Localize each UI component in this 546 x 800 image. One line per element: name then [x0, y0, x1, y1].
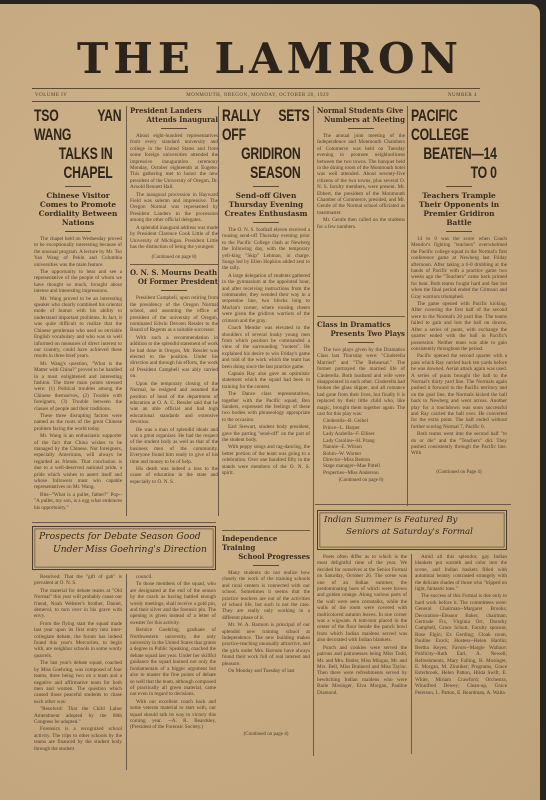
continued-note[interactable]: (Continued on page 4) — [222, 732, 310, 738]
cast-list: Cinderella--B. Geibel Prince--L. Harper … — [317, 418, 405, 476]
paragraph: The inaugural procession in Hayward Fiel… — [130, 192, 218, 224]
paragraph: The last year's debate squad, coached by… — [34, 660, 122, 705]
indian-summer-col-left: Poets often differ as to which is the mo… — [317, 554, 407, 754]
headline-box-debate: Prospects for Debate Season Good Under M… — [32, 526, 216, 570]
paragraph: Punch and cookies were served the patron… — [317, 645, 407, 696]
dateline-bar: VOLUME IV MONMOUTH, OREGON, MONDAY, OCTO… — [32, 88, 480, 102]
paragraph: Upon the temporary closing of the Normal… — [130, 381, 218, 426]
paragraph: The chapel held on Wednesday proved to b… — [34, 236, 122, 268]
article-pacific-college: PACIFIC COLLEGE BEATEN—14 TO 0 Teachers … — [411, 106, 507, 506]
column-rule — [126, 106, 127, 516]
paragraph: Mr. Wang is an enthusiastic supporter of… — [34, 433, 122, 491]
subheadline: Chinese Visitor Comes to Promote Cordial… — [34, 191, 122, 227]
column-rule — [218, 106, 219, 516]
paragraph: On Monday and Tuesday of last — [222, 668, 310, 674]
divider — [253, 565, 279, 566]
headline: PACIFIC COLLEGE — [411, 106, 506, 144]
paragraph: The Dance class representatives, togethe… — [222, 391, 310, 423]
divider — [348, 128, 374, 129]
debate-col-left: Resolved: That the "gift of gab" is prev… — [34, 574, 122, 770]
paragraph: About eight-hundred representatives from… — [130, 133, 218, 191]
headline: President Landers Attends Inaugural — [130, 106, 218, 124]
paragraph: The game opened with Pacific kicking. Af… — [411, 301, 507, 352]
paragraph: To those members of the squad, who are d… — [130, 581, 216, 626]
divider — [253, 186, 279, 187]
debate-col-right: council. To those members of the squad, … — [130, 574, 216, 770]
indian-summer-col-right: Amid all this splendor, gay Indian blank… — [415, 554, 507, 754]
paragraph: Resolved: That the "gift of gab" is prev… — [34, 574, 122, 587]
paragraph: He was a man of splendid ideals and was … — [130, 427, 218, 465]
divider — [161, 128, 187, 129]
paragraph: His death was indeed a loss to the cause… — [130, 466, 218, 485]
headline-training-school: Independence Training School Progresses — [222, 534, 310, 561]
article-normal-students: Normal Students Give Numbers at Meeting … — [317, 106, 405, 506]
divider — [317, 316, 405, 317]
paragraph: "Resolved: That the Child Labor Amendmen… — [34, 706, 122, 725]
paragraph: Mr. Wang proved to be an interesting spe… — [34, 296, 122, 360]
headline: Normal Students Give Numbers at Meeting — [317, 106, 405, 124]
headline: TALKS IN CHAPEL — [34, 144, 113, 182]
column-rule — [407, 106, 408, 506]
article-tso-yan-wang: TSO YAN WANG TALKS IN CHAPEL Chinese Vis… — [34, 106, 122, 516]
paragraph: The success of this Formal is due only t… — [415, 593, 507, 696]
dateline-text: MONMOUTH, OREGON, MONDAY, OCTOBER 28, 19… — [186, 93, 329, 98]
article-president-landers: President Landers Attends Inaugural Abou… — [130, 106, 218, 516]
paragraph: Mr. W. A. Barnum is principal of our spl… — [222, 622, 310, 667]
continued-note[interactable]: (Continued on page 8) — [130, 255, 218, 261]
paragraph: Poets often differ as to which is the mo… — [317, 554, 407, 644]
paragraph: Many students do not realize how closely… — [222, 570, 310, 621]
paragraph: 14 to 0 was the score when Coach Mendor'… — [411, 236, 507, 300]
paragraph: Coach Mendor was elevated to the shoulde… — [222, 325, 310, 370]
headline: TSO YAN WANG — [34, 106, 121, 144]
paragraph: Bits--"What is a pullet, father?" Pop--"… — [34, 492, 122, 511]
section-rule — [32, 522, 216, 523]
paragraph: President Campbell, upon retiring from t… — [130, 295, 218, 333]
paragraph: Forensics is a recognized school activit… — [34, 726, 122, 752]
divider — [222, 530, 310, 531]
paragraph: From the flying start the squad made las… — [34, 621, 122, 659]
paragraph: A splendid inaugural address was made by… — [130, 225, 218, 251]
paragraph: Mr. Gentle then called on the students f… — [317, 217, 405, 230]
divider — [130, 264, 218, 265]
divider — [446, 231, 472, 232]
subheadline: Send-off Given Thursday Evening Creates … — [222, 191, 310, 218]
paragraph: The annual joint meeting of the Independ… — [317, 133, 405, 216]
paragraph: Both teams went into the second half "to… — [411, 431, 507, 457]
headline: GRIDIRON SEASON — [222, 144, 301, 182]
divider — [253, 222, 279, 223]
divider — [161, 290, 187, 291]
headline-ons-mourns: O. N. S. Mourns Death Of Former Presiden… — [130, 268, 218, 286]
column-rule — [126, 574, 127, 770]
headline: RALLY SETS OFF — [222, 106, 309, 144]
paragraph: Pacific opened the second quarter with a… — [411, 353, 507, 430]
paragraph: council. — [130, 574, 216, 580]
section-rule — [315, 504, 511, 505]
paragraph: Bernice Goehring, graduate of Northweste… — [130, 627, 216, 697]
column-rule — [411, 554, 412, 754]
paragraph: A large delegation of students gathered … — [222, 273, 310, 324]
paragraph: With our excellent coach back and some v… — [130, 699, 216, 731]
article-rally: RALLY SETS OFF GRIDIRON SEASON Send-off … — [222, 106, 310, 786]
paragraph: Amid all this splendor, gay Indian blank… — [415, 554, 507, 592]
masthead-title: THE LAMRON — [0, 34, 540, 83]
paragraph: The opportunity to hear and see a repres… — [34, 269, 122, 295]
subheadline: Teachers Trample Their Opponents in Prem… — [411, 191, 507, 227]
divider — [446, 186, 472, 187]
paragraph: Mr. Wang's question, "What is the Matter… — [34, 361, 122, 412]
paragraph: The O. N. S. football eleven received a … — [222, 227, 310, 272]
headline-dramatics: Class in Dramatics Presents Two Plays — [317, 320, 405, 338]
paragraph: These three disrupting factors were name… — [34, 413, 122, 432]
divider — [348, 342, 374, 343]
paragraph: With peppy songs and rag-dancing, the be… — [222, 444, 310, 476]
volume-label: VOLUME IV — [35, 93, 67, 98]
cast-item: Properties--Miss Anderson — [323, 470, 405, 476]
continued-note[interactable]: (Continued on page 8) — [317, 478, 405, 484]
headline-box-indian-summer: Indian Summer is Featured By Seniors at … — [317, 510, 507, 550]
paragraph: Captain Ray also gave an optimistic stat… — [222, 371, 310, 390]
column-rule — [313, 106, 314, 756]
paragraph: The two plays given by the Dramatics Cla… — [317, 347, 405, 417]
paragraph: The material for debate teams at "Old No… — [34, 588, 122, 620]
issue-number: NUMBER 4 — [448, 93, 477, 98]
divider — [65, 186, 91, 187]
paragraph: With such a recommendation in addition t… — [130, 335, 218, 380]
paragraph: Earl Stewart, student body president, ga… — [222, 424, 310, 443]
continued-note[interactable]: (Continued on Page 4) — [411, 470, 507, 476]
headline: BEATEN—14 TO 0 — [411, 144, 497, 182]
newspaper-page: THE LAMRON VOLUME IV MONMOUTH, OREGON, M… — [0, 4, 540, 800]
divider — [65, 231, 91, 232]
